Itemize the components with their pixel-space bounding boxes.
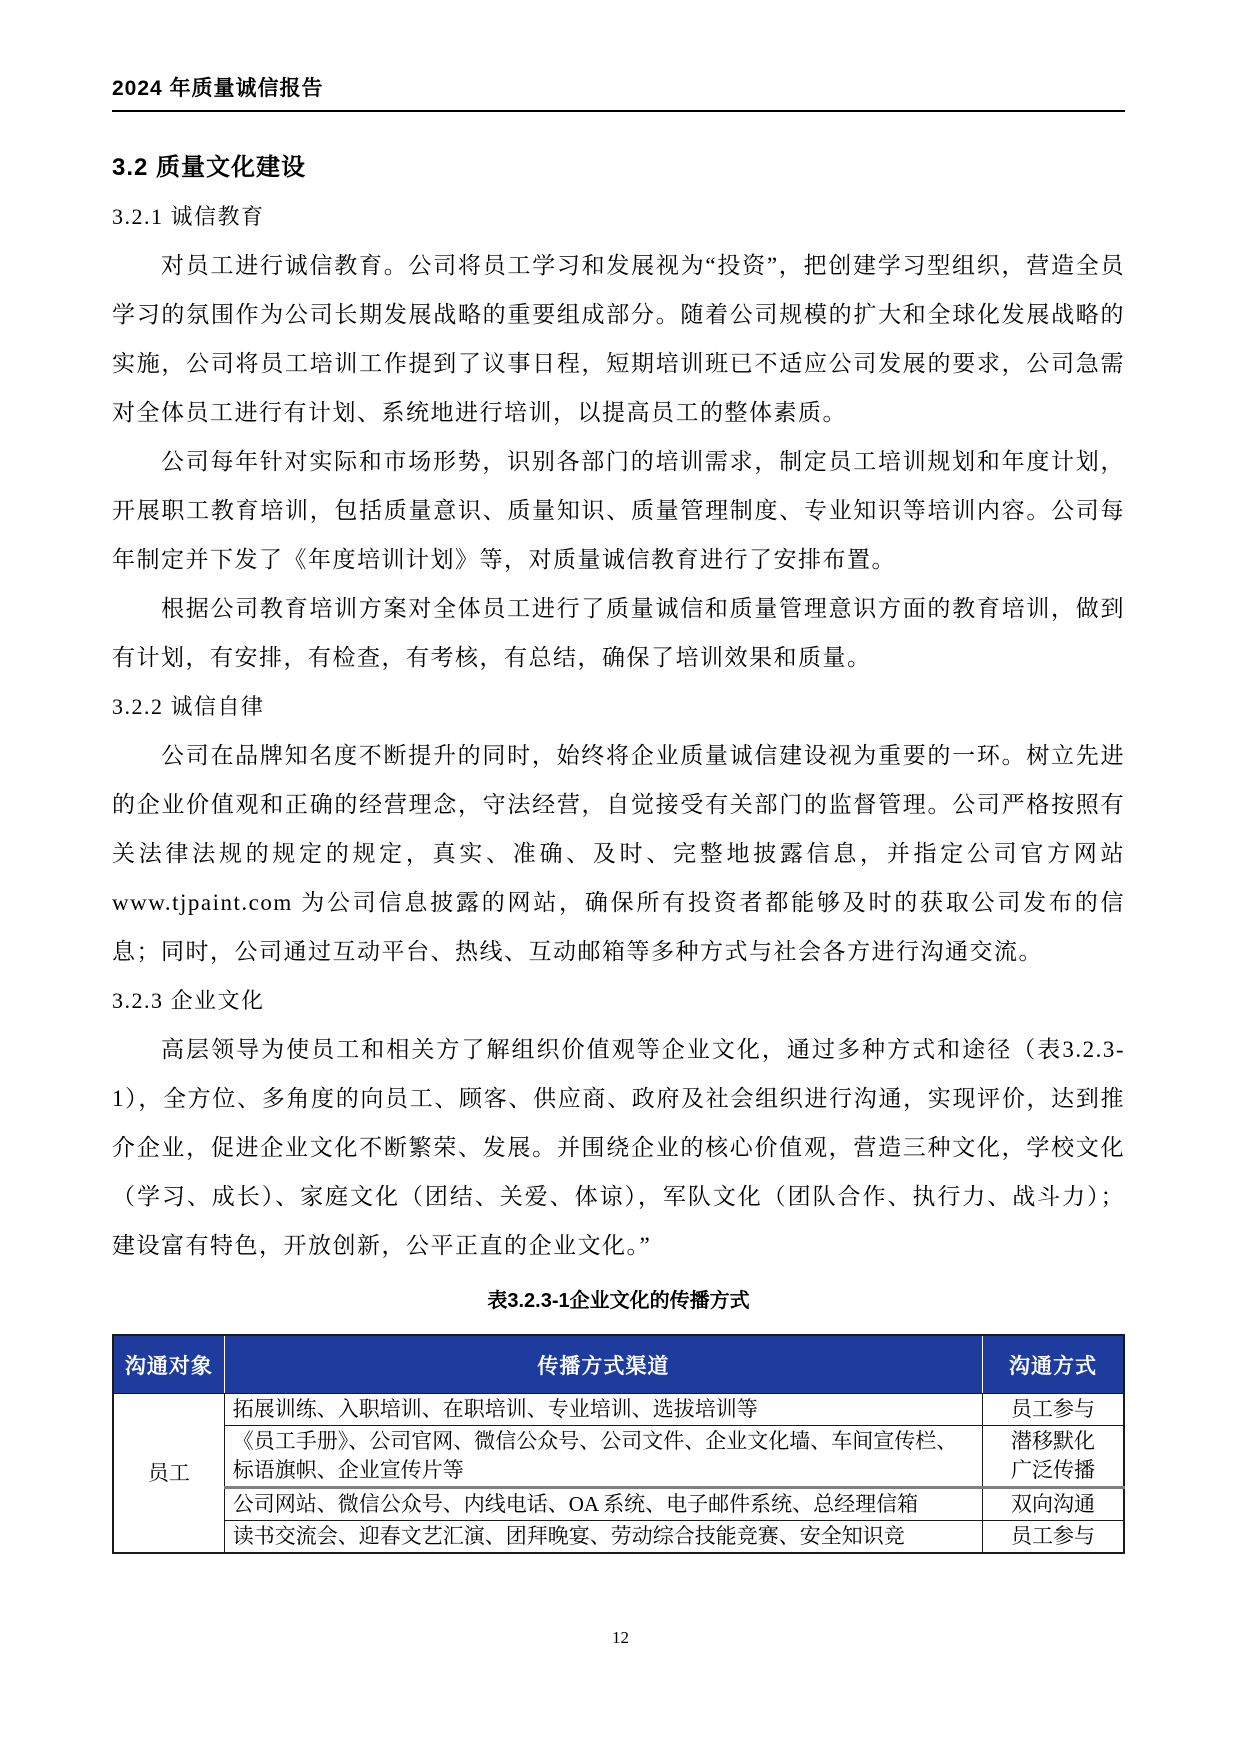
channel-cell: 读书交流会、迎春文艺汇演、团拜晚宴、劳动综合技能竞赛、安全知识竞 xyxy=(224,1521,982,1554)
method-cell: 双向沟通 xyxy=(982,1488,1124,1521)
page-footer: 12 xyxy=(0,1628,1241,1648)
subsection-heading-integrity-education: 3.2.1 诚信教育 xyxy=(112,192,1125,241)
table-row: 公司网站、微信公众号、内线电话、OA 系统、电子邮件系统、总经理信箱 双向沟通 xyxy=(113,1488,1124,1521)
paragraph: 对员工进行诚信教育。公司将员工学习和发展视为“投资”，把创建学习型组织，营造全员… xyxy=(112,241,1125,437)
table-row: 员工 拓展训练、入职培训、在职培训、专业培训、选拔培训等 员工参与 xyxy=(113,1394,1124,1426)
channel-cell: 《员工手册》、公司官网、微信公众号、公司文件、企业文化墙、车间宣传栏、标语旗帜、… xyxy=(224,1426,982,1488)
paragraph: 公司在品牌知名度不断提升的同时，始终将企业质量诚信建设视为重要的一环。树立先进的… xyxy=(112,731,1125,976)
page-number: 12 xyxy=(612,1628,629,1647)
page-content: 3.2 质量文化建设 3.2.1 诚信教育 对员工进行诚信教育。公司将员工学习和… xyxy=(112,114,1125,1554)
paragraph: 公司每年针对实际和市场形势，识别各部门的培训需求，制定员工培训规划和年度计划，开… xyxy=(112,437,1125,584)
table-row: 读书交流会、迎春文艺汇演、团拜晚宴、劳动综合技能竞赛、安全知识竞 员工参与 xyxy=(113,1521,1124,1554)
method-cell: 潜移默化 广泛传播 xyxy=(982,1426,1124,1488)
subsection-heading-corporate-culture: 3.2.3 企业文化 xyxy=(112,976,1125,1025)
table-caption: 表3.2.3-1企业文化的传播方式 xyxy=(112,1286,1125,1316)
method-cell: 员工参与 xyxy=(982,1521,1124,1554)
paragraph: 根据公司教育培训方案对全体员工进行了质量诚信和质量管理意识方面的教育培训，做到有… xyxy=(112,584,1125,682)
column-header-channel: 传播方式渠道 xyxy=(224,1335,982,1394)
table-header-row: 沟通对象 传播方式渠道 沟通方式 xyxy=(113,1335,1124,1394)
section-title: 3.2 质量文化建设 xyxy=(112,146,1125,190)
row-group-label: 员工 xyxy=(113,1394,224,1554)
paragraph: 高层领导为使员工和相关方了解组织价值观等企业文化，通过多种方式和途径（表3.2.… xyxy=(112,1025,1125,1270)
table-row: 《员工手册》、公司官网、微信公众号、公司文件、企业文化墙、车间宣传栏、标语旗帜、… xyxy=(113,1426,1124,1488)
page-header: 2024 年质量诚信报告 xyxy=(112,72,1125,112)
subsection-heading-integrity-self-discipline: 3.2.2 诚信自律 xyxy=(112,682,1125,731)
method-cell: 员工参与 xyxy=(982,1394,1124,1426)
report-title: 2024 年质量诚信报告 xyxy=(112,72,1125,102)
channel-cell: 公司网站、微信公众号、内线电话、OA 系统、电子邮件系统、总经理信箱 xyxy=(224,1488,982,1521)
document-page: 2024 年质量诚信报告 3.2 质量文化建设 3.2.1 诚信教育 对员工进行… xyxy=(0,0,1241,1755)
culture-communication-table: 沟通对象 传播方式渠道 沟通方式 员工 拓展训练、入职培训、在职培训、专业培训、… xyxy=(112,1334,1125,1554)
column-header-communication-method: 沟通方式 xyxy=(982,1335,1124,1394)
column-header-communication-target: 沟通对象 xyxy=(113,1335,224,1394)
channel-cell: 拓展训练、入职培训、在职培训、专业培训、选拔培训等 xyxy=(224,1394,982,1426)
